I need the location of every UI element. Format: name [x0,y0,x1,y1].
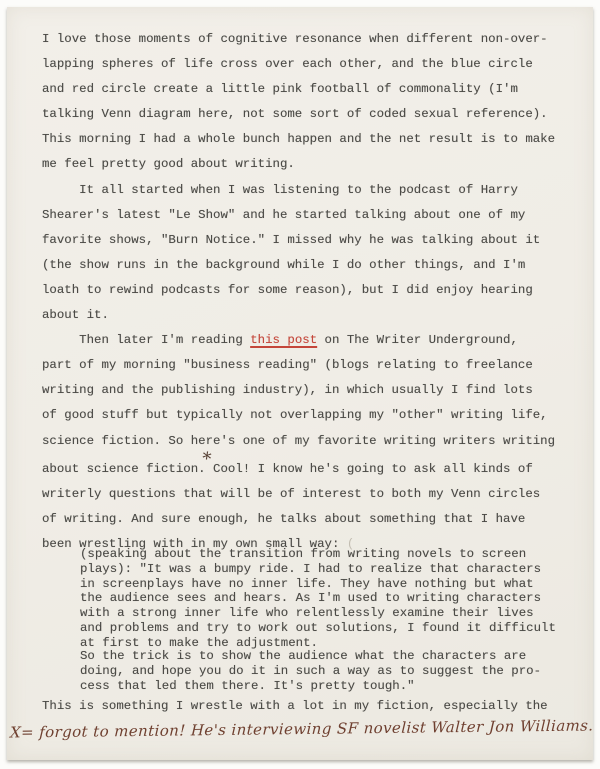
typed-line: about it. [42,303,555,328]
typed-line: I love those moments of cognitive resona… [42,27,555,52]
body-text: I love those moments of cognitive resona… [42,27,555,557]
text-segment: with a strong inner life who relentlessl… [80,606,534,620]
typed-line: about science fiction.* Cool! I know he'… [42,454,555,482]
text-segment: science fiction. So here's one of my fav… [42,434,555,448]
text-segment: about it. [42,308,109,322]
text-segment: It all started when I was listening to t… [42,183,518,197]
typed-line: (the show runs in the background while I… [42,253,555,278]
typed-line: loath to rewind podcasts for some reason… [42,278,555,303]
typed-line: It all started when I was listening to t… [42,178,555,203]
text-segment: of writing. And sure enough, he talks ab… [42,512,525,526]
text-segment: and problems and try to work out solutio… [80,621,556,635]
blockquote-2: So the trick is to show the audience wha… [80,649,541,693]
this-post-link[interactable]: this post [250,333,317,347]
text-segment: about science fiction. [42,462,206,476]
text-segment: writing and the publishing industry), in… [42,383,533,397]
typed-line: Shearer's latest "Le Show" and he starte… [42,203,555,228]
text-segment: loath to rewind podcasts for some reason… [42,283,533,297]
text-segment: at first to make the adjustment. [80,636,318,650]
text-segment: (speaking about the transition from writ… [80,547,526,561]
typed-line: Then later I'm reading this post on The … [42,328,555,353]
text-segment: cess that led them there. It's pretty to… [80,679,415,693]
text-segment: the audience sees and hears. As I'm used… [80,591,541,605]
blockquote-1: (speaking about the transition from writ… [80,547,556,651]
typed-line: writerly questions that will be of inter… [42,482,555,507]
typed-line: So the trick is to show the audience wha… [80,649,541,664]
typed-line: talking Venn diagram here, not some sort… [42,102,555,127]
scanned-typewritten-page: I love those moments of cognitive resona… [0,0,600,769]
typed-line: writing and the publishing industry), in… [42,378,555,403]
text-segment: I love those moments of cognitive resona… [42,32,548,46]
text-segment: This morning I had a whole bunch happen … [42,132,555,146]
text-segment: This is something I wrestle with a lot i… [42,699,548,713]
typed-line: science fiction. So here's one of my fav… [42,429,555,454]
text-segment: me feel pretty good about writing. [42,157,295,171]
typed-line: doing, and hope you do it in such a way … [80,664,541,679]
text-segment: So the trick is to show the audience wha… [80,649,526,663]
text-segment: lapping spheres of life cross over each … [42,57,533,71]
text-segment: Cool! I know he's going to ask all kinds… [206,462,533,476]
typed-line: the audience sees and hears. As I'm used… [80,591,556,606]
typed-line: and red circle create a little pink foot… [42,77,555,102]
typed-line: and problems and try to work out solutio… [80,621,556,636]
typed-line: cess that led them there. It's pretty to… [80,679,541,694]
text-segment: of good stuff but typically not overlapp… [42,408,548,422]
text-segment: doing, and hope you do it in such a way … [80,664,541,678]
typed-line: part of my morning "business reading" (b… [42,353,555,378]
typed-line: with a strong inner life who relentlessl… [80,606,556,621]
text-segment: in screenplays have no inner life. They … [80,577,534,591]
closing-paragraph: This is something I wrestle with a lot i… [42,694,548,719]
typed-line: of writing. And sure enough, he talks ab… [42,507,555,532]
text-segment: part of my morning "business reading" (b… [42,358,533,372]
text-segment: talking Venn diagram here, not some sort… [42,107,548,121]
typed-line: (speaking about the transition from writ… [80,547,556,562]
text-segment: plays): "It was a bumpy ride. I had to r… [80,562,541,576]
typed-line: This is something I wrestle with a lot i… [42,694,548,719]
typed-line: lapping spheres of life cross over each … [42,52,555,77]
typed-line: of good stuff but typically not overlapp… [42,403,555,428]
typed-line: favorite shows, "Burn Notice." I missed … [42,228,555,253]
text-segment: writerly questions that will be of inter… [42,487,540,501]
typed-line: plays): "It was a bumpy ride. I had to r… [80,562,556,577]
text-segment: Shearer's latest "Le Show" and he starte… [42,208,525,222]
typed-line: me feel pretty good about writing. [42,152,555,177]
text-segment: (the show runs in the background while I… [42,258,525,272]
text-segment: and red circle create a little pink foot… [42,82,518,96]
text-segment: on The Writer Underground, [317,333,518,347]
typed-line: This morning I had a whole bunch happen … [42,127,555,152]
text-segment: Then later I'm reading [42,333,250,347]
typed-line: in screenplays have no inner life. They … [80,577,556,592]
text-segment: favorite shows, "Burn Notice." I missed … [42,233,540,247]
